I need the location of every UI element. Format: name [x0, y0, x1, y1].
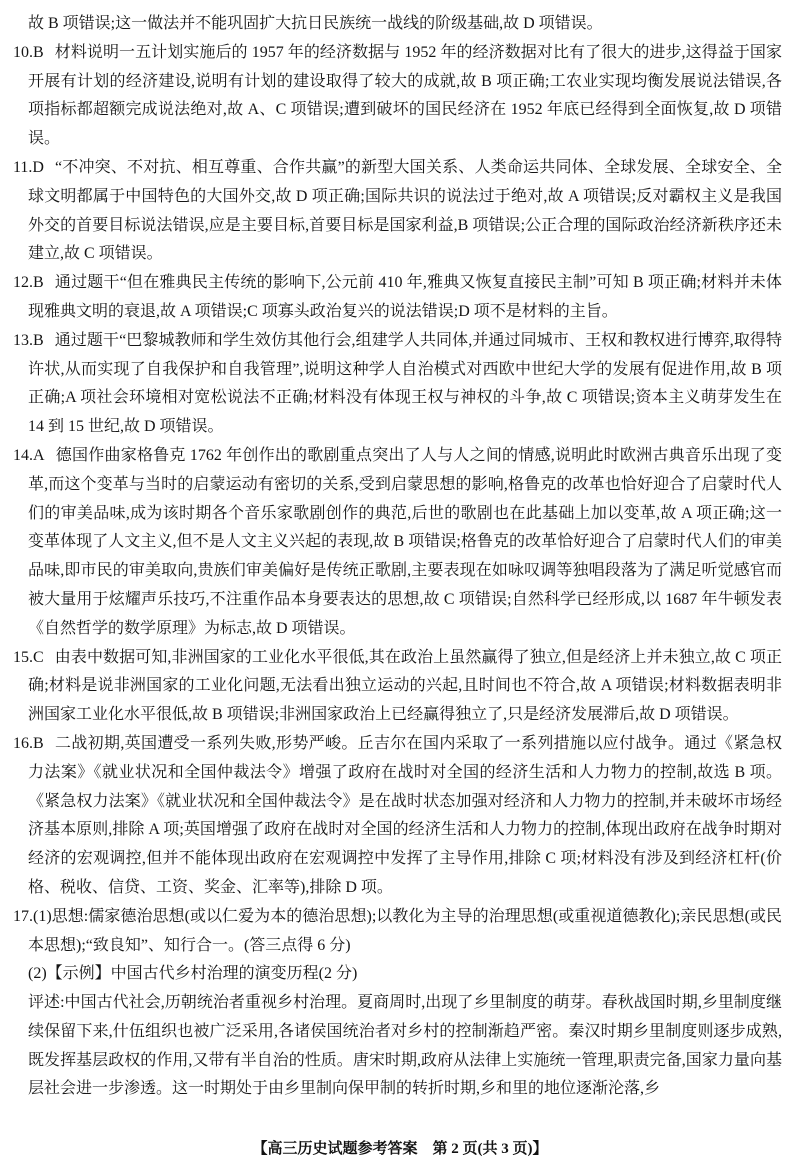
answer-16B: 16.B二战初期,英国遭受一系列失败,形势严峻。丘吉尔在国内采取了一系列措施以应…: [13, 730, 782, 903]
answer-text: 评述:中国古代社会,历朝统治者重视乡村治理。夏商周时,出现了乡里制度的萌芽。春秋…: [28, 994, 782, 1097]
answer-key-page: 故 B 项错误;这一做法并不能巩固扩大抗日民族统一战线的阶级基础,故 D 项错误…: [0, 0, 800, 1174]
answer-11D: 11.D“不冲突、不对抗、相互尊重、合作共赢”的新型大国关系、人类命运共同体、全…: [13, 154, 782, 269]
answer-text: 通过题干“巴黎城教师和学生效仿其他行会,组建学人共同体,并通过同城市、王权和教权…: [28, 332, 782, 435]
answer-number-label: 15.C: [13, 649, 44, 666]
answer-13B: 13.B通过题干“巴黎城教师和学生效仿其他行会,组建学人共同体,并通过同城市、王…: [13, 327, 782, 442]
answer-number-label: 10.B: [13, 44, 44, 61]
answer-text: (2)【示例】中国古代乡村治理的演变历程(2 分): [28, 965, 357, 982]
answer-text: 故 B 项错误;这一做法并不能巩固扩大抗日民族统一战线的阶级基础,故 D 项错误…: [28, 15, 603, 32]
answer-paragraph-0: 故 B 项错误;这一做法并不能巩固扩大抗日民族统一战线的阶级基础,故 D 项错误…: [13, 10, 782, 39]
answer-text: 德国作曲家格鲁克 1762 年创作出的歌剧重点突出了人与人之间的情感,说明此时欧…: [28, 447, 782, 637]
answer-text: 材料说明一五计划实施后的 1957 年的经济数据与 1952 年的经济数据对比有…: [28, 44, 782, 147]
answer-number-label: 14.A: [13, 447, 45, 464]
answer-15C: 15.C由表中数据可知,非洲国家的工业化水平很低,其在政治上虽然赢得了独立,但是…: [13, 644, 782, 730]
answer-text: “不冲突、不对抗、相互尊重、合作共赢”的新型大国关系、人类命运共同体、全球发展、…: [28, 159, 782, 262]
answer-number-label: 11.D: [13, 159, 44, 176]
answer-number-label: 12.B: [13, 274, 44, 291]
answer-14A: 14.A德国作曲家格鲁克 1762 年创作出的歌剧重点突出了人与人之间的情感,说…: [13, 442, 782, 644]
answer-paragraph-9: (2)【示例】中国古代乡村治理的演变历程(2 分): [13, 960, 782, 989]
answer-text: 通过题干“但在雅典民主传统的影响下,公元前 410 年,雅典又恢复直接民主制”可…: [28, 274, 782, 320]
answer-10B: 10.B材料说明一五计划实施后的 1957 年的经济数据与 1952 年的经济数…: [13, 39, 782, 154]
page-footer: 【高三历史试题参考答案 第 2 页(共 3 页)】: [0, 1139, 800, 1159]
answer-text: (1)思想:儒家德治思想(或以仁爱为本的德治思想);以教化为主导的治理思想(或重…: [28, 908, 782, 954]
answers: 故 B 项错误;这一做法并不能巩固扩大抗日民族统一战线的阶级基础,故 D 项错误…: [13, 10, 782, 1104]
answer-text: 由表中数据可知,非洲国家的工业化水平很低,其在政治上虽然赢得了独立,但是经济上并…: [28, 649, 782, 724]
answer-number-label: 13.B: [13, 332, 44, 349]
answer-paragraph-10: 评述:中国古代社会,历朝统治者重视乡村治理。夏商周时,出现了乡里制度的萌芽。春秋…: [13, 989, 782, 1104]
answer-text: 二战初期,英国遭受一系列失败,形势严峻。丘吉尔在国内采取了一系列措施以应付战争。…: [28, 735, 782, 896]
answer-17: 17.(1)思想:儒家德治思想(或以仁爱为本的德治思想);以教化为主导的治理思想…: [13, 903, 782, 961]
answer-12B: 12.B通过题干“但在雅典民主传统的影响下,公元前 410 年,雅典又恢复直接民…: [13, 269, 782, 327]
answer-number-label: 17.: [13, 908, 33, 925]
answer-number-label: 16.B: [13, 735, 44, 752]
